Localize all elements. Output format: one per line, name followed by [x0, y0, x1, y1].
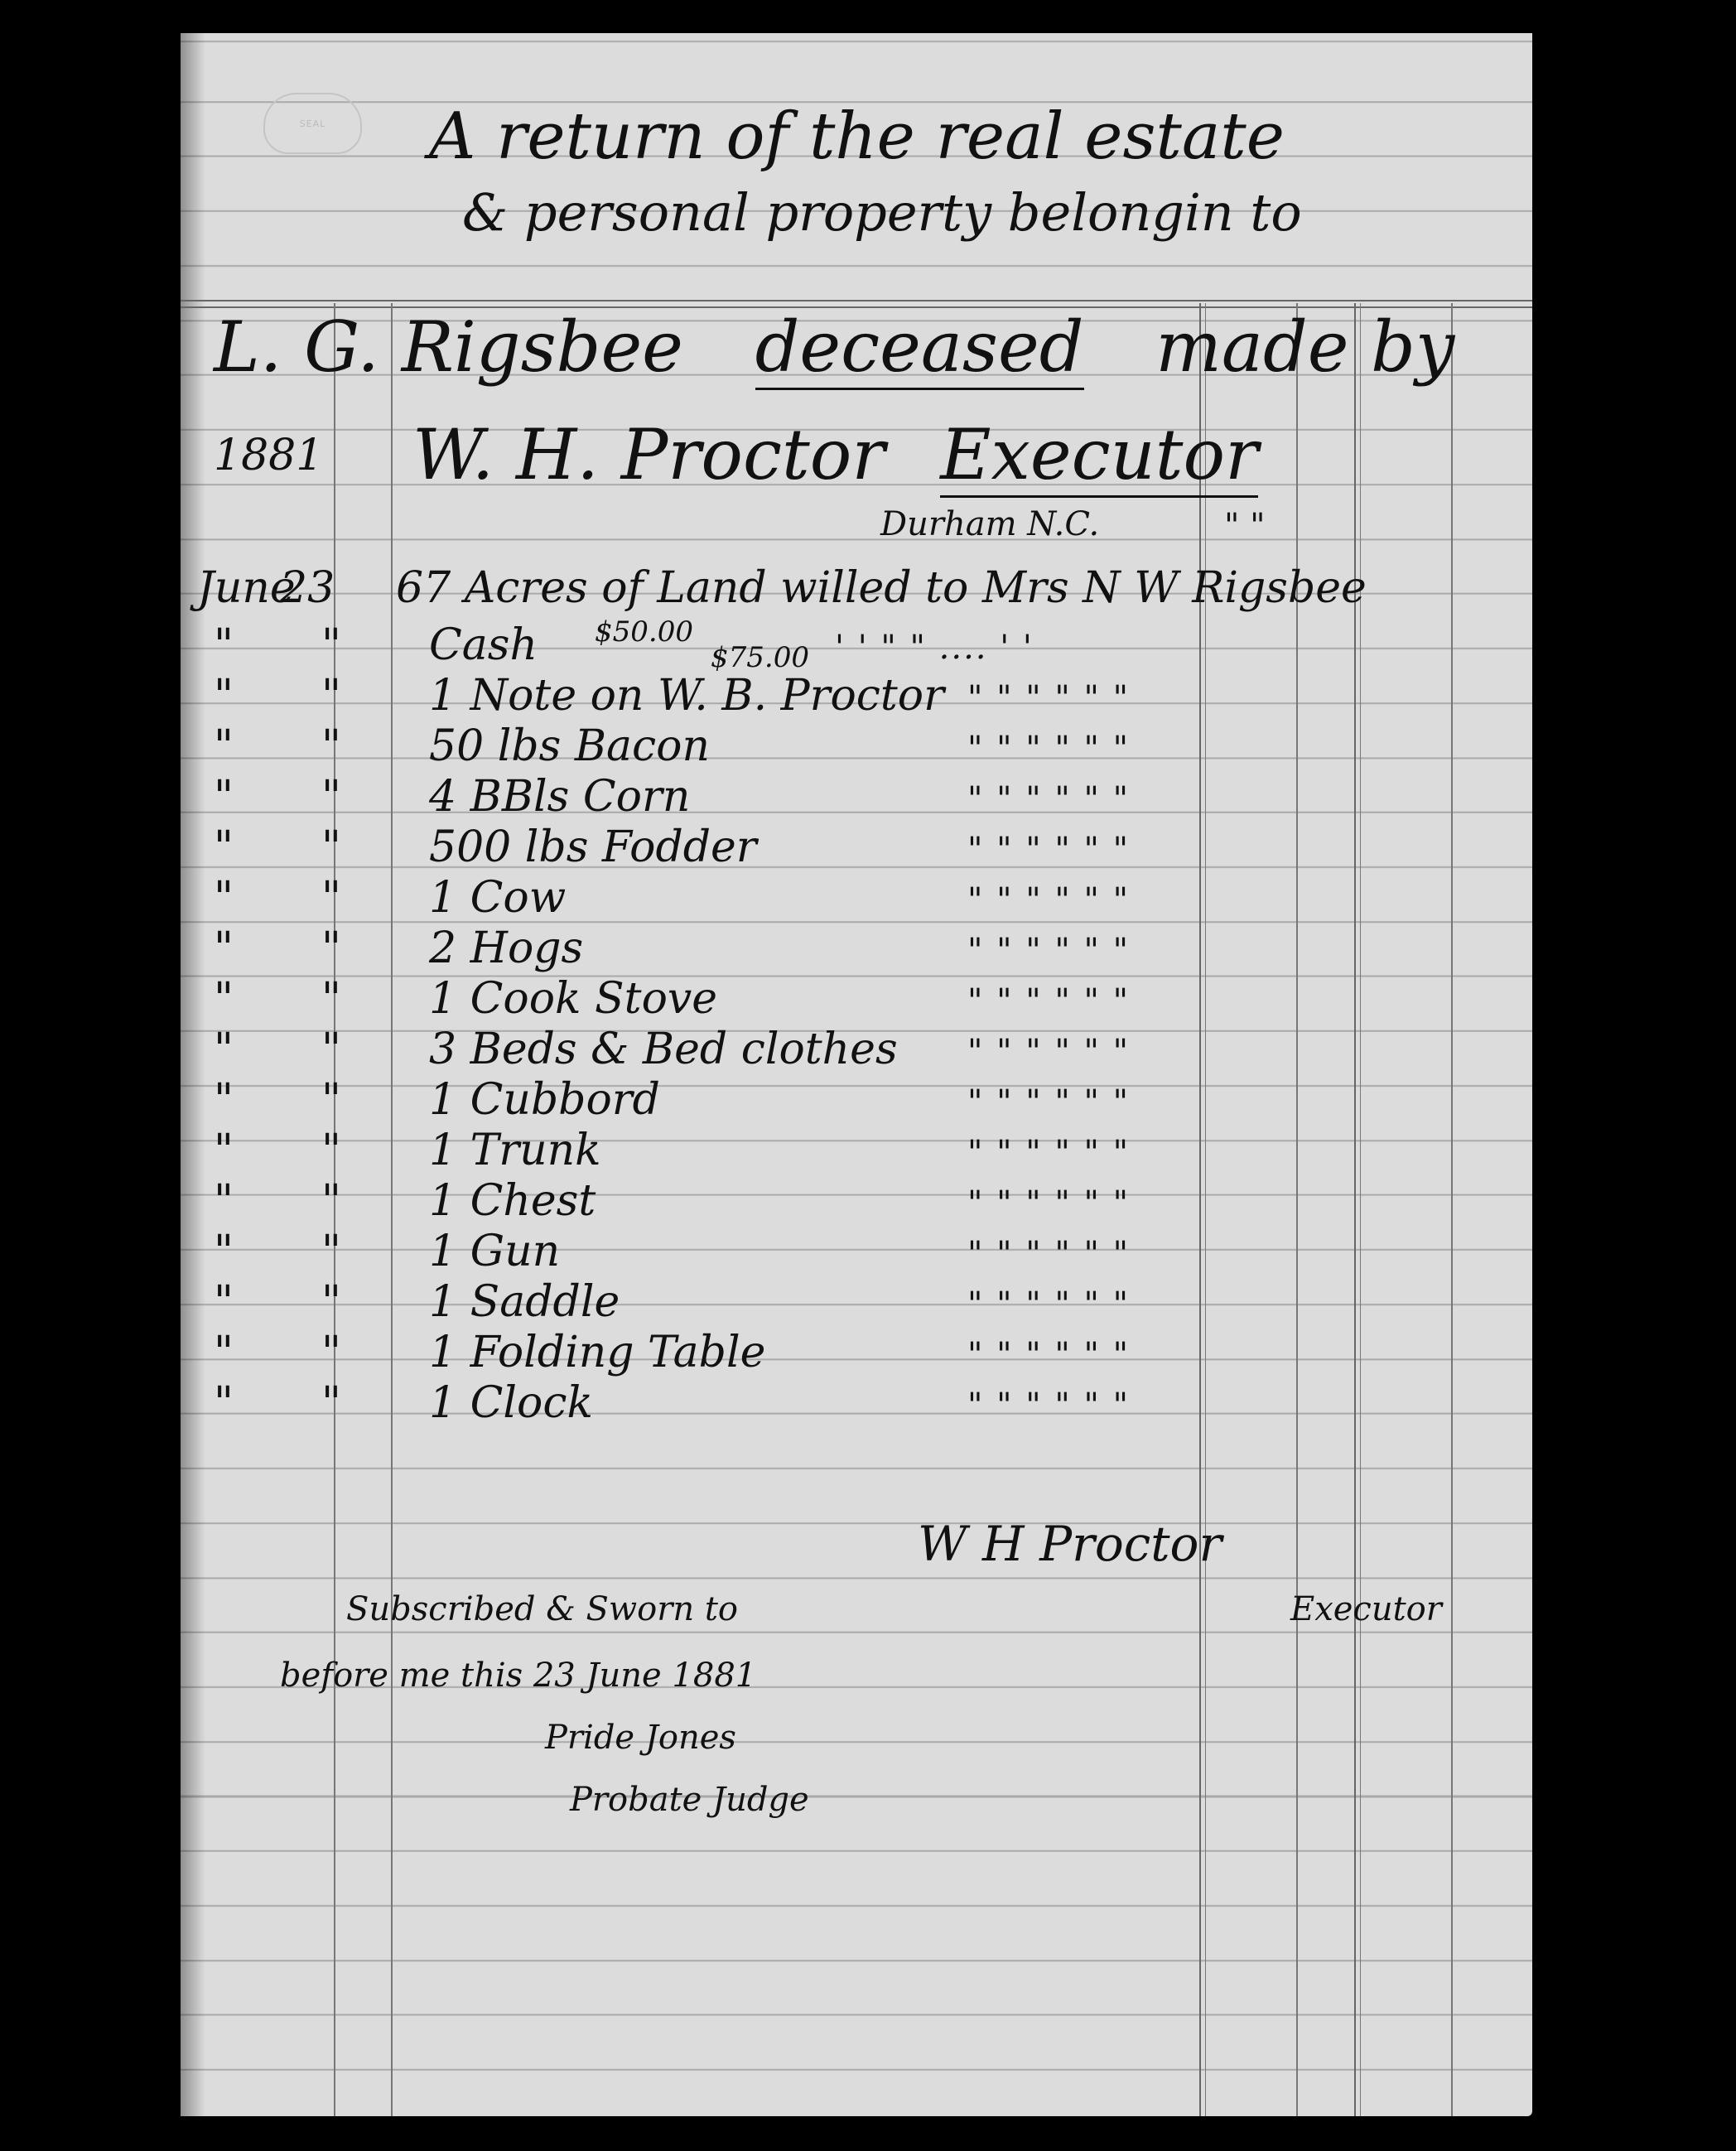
entry-row: ""1 Saddle" " " " " " — [181, 1277, 1532, 1327]
entry-amount: $50.00 — [595, 615, 693, 649]
entry-ditto-marks: " " " " " " — [967, 932, 1130, 970]
entry-ditto-marks: " " " " " " — [967, 1033, 1130, 1071]
entry-item: 50 lbs Bacon — [429, 721, 710, 771]
entry-ditto-marks: " " " " " " — [967, 780, 1130, 818]
entry-row: ""1 Folding Table" " " " " " — [181, 1328, 1532, 1377]
entry-item: 2 Hogs — [429, 924, 583, 973]
entry-row: ""50 lbs Bacon" " " " " " — [181, 721, 1532, 771]
entry-ditto-marks: " " " " " " — [967, 679, 1130, 717]
attestation-line-2: before me this 23 June 1881 — [280, 1657, 756, 1695]
entry-row: ""1 Cook Stove" " " " " " — [181, 974, 1532, 1024]
entry-ditto-marks: " " " " " " — [967, 831, 1130, 869]
entry-ditto-marks: " " " " " " — [967, 1134, 1130, 1172]
entry-day: " — [321, 822, 341, 872]
entry-day: " — [321, 620, 341, 670]
entry-month: " — [214, 1025, 234, 1074]
entry-row: ""1 Clock" " " " " " — [181, 1378, 1532, 1428]
entry-item: 500 lbs Fodder — [429, 822, 757, 872]
place: Durham N.C. — [880, 505, 1099, 543]
entry-row: ""1 Chest" " " " " " — [181, 1176, 1532, 1226]
ledger-page: SEAL A return of the real estate & perso… — [181, 33, 1532, 2116]
entry-day: " — [321, 974, 341, 1024]
entry-month: " — [214, 1328, 234, 1377]
entry-day: " — [321, 1378, 341, 1428]
entry-month: " — [214, 1075, 234, 1125]
entry-row: June2367 Acres of Land willed to Mrs N W… — [181, 563, 1532, 613]
entry-row: ""3 Beds & Bed clothes" " " " " " — [181, 1025, 1532, 1074]
entry-day: " — [321, 873, 341, 923]
deceased-label: deceased — [755, 306, 1084, 390]
judge-title: Probate Judge — [570, 1781, 809, 1819]
entry-month: " — [214, 1126, 234, 1175]
entry-day: " — [321, 671, 341, 721]
entry-day: " — [321, 1328, 341, 1377]
deceased-name-text: L. G. Rigsbee — [214, 306, 683, 388]
entry-row: ""1 Gun" " " " " " — [181, 1227, 1532, 1276]
entry-ditto-marks: ' ' " " .... ' ' — [835, 629, 1034, 667]
entry-month: " — [214, 1176, 234, 1226]
entry-item: 1 Folding Table — [429, 1328, 765, 1377]
entry-row: ""Cash$50.00' ' " " .... ' ' — [181, 620, 1532, 670]
entry-day: " — [321, 1176, 341, 1226]
entry-day: " — [321, 1227, 341, 1276]
entry-row: ""1 Cubbord" " " " " " — [181, 1075, 1532, 1125]
entry-row: ""500 lbs Fodder" " " " " " — [181, 822, 1532, 872]
deceased-name: L. G. Rigsbee deceased made by — [214, 306, 1454, 388]
entry-row: ""4 BBls Corn" " " " " " — [181, 772, 1532, 822]
heading-line-2: & personal property belongin to — [462, 182, 1302, 243]
entry-item: 1 Note on W. B. Proctor — [429, 671, 944, 721]
entry-row: ""1 Cow" " " " " " — [181, 873, 1532, 923]
entry-month: " — [214, 772, 234, 822]
entry-month: " — [214, 721, 234, 771]
entry-amount: $75.00 — [711, 641, 809, 674]
entry-row: ""1 Trunk" " " " " " — [181, 1126, 1532, 1175]
executor-name: W. H. Proctor — [412, 414, 885, 495]
entry-day: " — [321, 1126, 341, 1175]
embossed-stamp: SEAL — [263, 93, 362, 154]
entry-month: " — [214, 671, 234, 721]
made-by-label: made by — [1155, 306, 1454, 388]
entry-item: 1 Chest — [429, 1176, 596, 1226]
entry-day: " — [321, 1277, 341, 1327]
entry-row: ""1 Note on W. B. Proctor$75.00" " " " "… — [181, 671, 1532, 721]
heading-ditto-marks: " " — [1224, 507, 1266, 545]
entry-ditto-marks: " " " " " " — [967, 1184, 1130, 1223]
executor-role: Executor — [940, 414, 1258, 498]
entry-ditto-marks: " " " " " " — [967, 730, 1130, 768]
entry-item: 1 Cubbord — [429, 1075, 660, 1125]
entry-item: 67 Acres of Land willed to Mrs N W Rigsb… — [396, 563, 1367, 613]
entry-row: ""2 Hogs" " " " " " — [181, 924, 1532, 973]
entry-day: " — [321, 1025, 341, 1074]
entry-ditto-marks: " " " " " " — [967, 1285, 1130, 1324]
entry-ditto-marks: " " " " " " — [967, 881, 1130, 919]
entry-item: 1 Saddle — [429, 1277, 620, 1327]
entry-month: " — [214, 1227, 234, 1276]
entry-day: " — [321, 1075, 341, 1125]
executor-signature-role: Executor — [1290, 1590, 1442, 1628]
heading-line-1: A return of the real estate — [429, 99, 1285, 174]
entry-item: 1 Cow — [429, 873, 566, 923]
entry-item: 1 Clock — [429, 1378, 593, 1428]
entry-item: 3 Beds & Bed clothes — [429, 1025, 898, 1074]
entry-item: 1 Cook Stove — [429, 974, 717, 1024]
entry-month: " — [214, 1378, 234, 1428]
entry-ditto-marks: " " " " " " — [967, 1083, 1130, 1121]
entry-day: " — [321, 721, 341, 771]
entry-ditto-marks: " " " " " " — [967, 1387, 1130, 1425]
entry-month: " — [214, 620, 234, 670]
entry-item: 4 BBls Corn — [429, 772, 690, 822]
entry-month: " — [214, 1277, 234, 1327]
entry-day: " — [321, 924, 341, 973]
entry-month: " — [214, 974, 234, 1024]
entry-item: 1 Gun — [429, 1227, 560, 1276]
entry-item: 1 Trunk — [429, 1126, 601, 1175]
executor-signature: W H Proctor — [918, 1516, 1222, 1572]
attestation-line-1: Subscribed & Sworn to — [346, 1590, 738, 1628]
executor-line: W. H. Proctor Executor — [412, 414, 1258, 495]
entry-day: " — [321, 772, 341, 822]
entry-day: 23 — [280, 563, 335, 613]
entry-ditto-marks: " " " " " " — [967, 982, 1130, 1020]
entry-month: " — [214, 873, 234, 923]
entry-item: Cash — [429, 620, 538, 670]
entry-month: " — [214, 822, 234, 872]
year: 1881 — [214, 431, 323, 480]
entry-month: " — [214, 924, 234, 973]
entry-ditto-marks: " " " " " " — [967, 1235, 1130, 1273]
judge-signature: Pride Jones — [545, 1719, 736, 1757]
entry-ditto-marks: " " " " " " — [967, 1336, 1130, 1374]
